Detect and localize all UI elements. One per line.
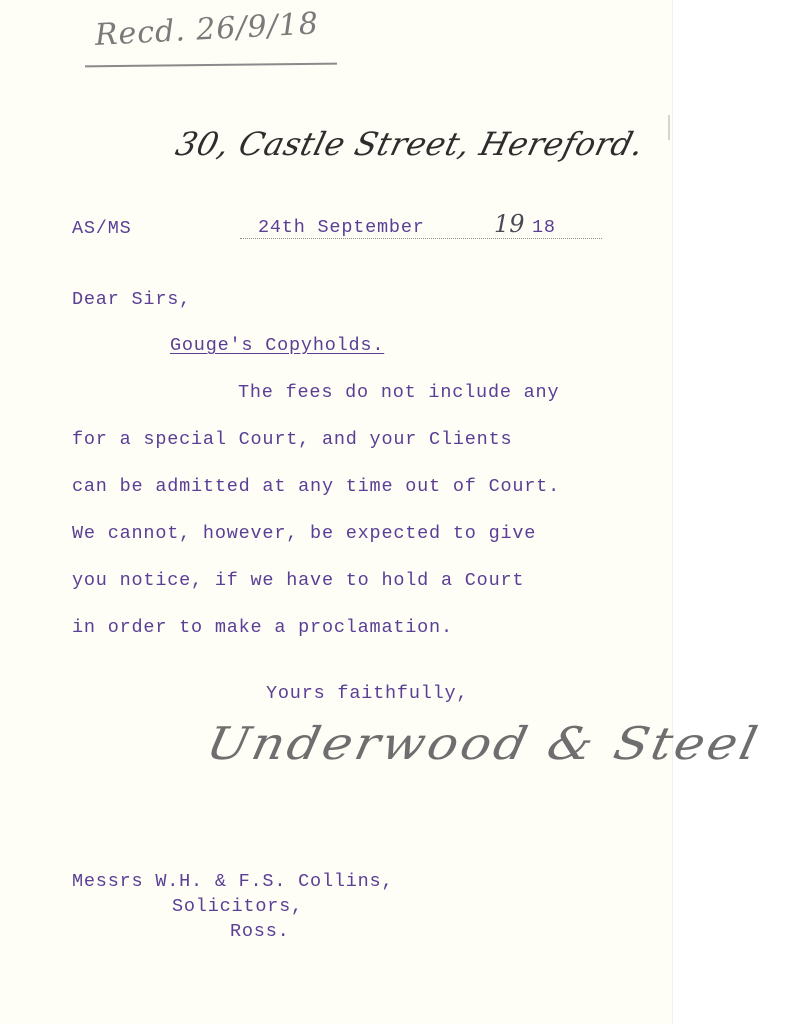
- letter-date: 24th September: [258, 217, 425, 238]
- body-line: can be admitted at any time out of Court…: [72, 476, 560, 497]
- body-line: The fees do not include any: [238, 382, 559, 403]
- recipient-town: Ross.: [230, 921, 290, 942]
- closing: Yours faithfully,: [266, 683, 468, 704]
- year-handwritten-prefix: 19: [494, 210, 525, 238]
- body-line: you notice, if we have to hold a Court: [72, 570, 524, 591]
- signature: Underwood & Steel: [202, 718, 765, 770]
- received-note-underline: [85, 63, 337, 68]
- letterhead-address: 30, Castle Street, Hereford.: [172, 125, 648, 163]
- body-line: in order to make a proclamation.: [72, 617, 453, 638]
- recipient-name: Messrs W.H. & F.S. Collins,: [72, 871, 393, 892]
- year-typed-suffix: 18: [532, 217, 556, 238]
- paper-edge-mark: [668, 115, 670, 140]
- received-date-note: Recd. 26/9/18: [94, 6, 320, 53]
- date-dotted-line: [240, 238, 602, 239]
- body-line: for a special Court, and your Clients: [72, 429, 512, 450]
- recipient-title: Solicitors,: [172, 896, 303, 917]
- body-line: We cannot, however, be expected to give: [72, 523, 536, 544]
- salutation: Dear Sirs,: [72, 289, 191, 310]
- subject-line: Gouge's Copyholds.: [170, 335, 384, 356]
- reference-code: AS/MS: [72, 218, 132, 239]
- letter-page: Recd. 26/9/18 30, Castle Street, Herefor…: [0, 0, 672, 1024]
